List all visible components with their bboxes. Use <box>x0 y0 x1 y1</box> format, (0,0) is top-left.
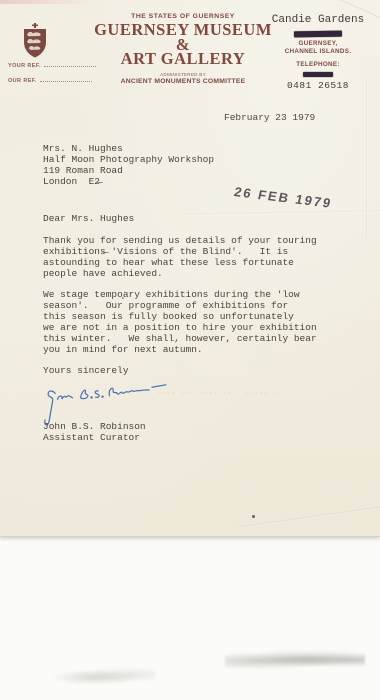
paper-crease <box>239 506 380 529</box>
letter-sheet: YOUR REF. OUR REF. THE STATES OF GUERNSE… <box>0 0 380 537</box>
your-ref-row: YOUR REF. <box>8 61 96 69</box>
received-date-stamp: 26 FEB 1979 <box>233 184 334 211</box>
pencil-smudge <box>55 668 155 684</box>
reverse-side-showthrough: ···· ··· ···· ·· ····· · <box>158 390 308 397</box>
telephone-label: TELEPHONE: <box>262 61 374 69</box>
guernsey-crest-icon <box>20 22 50 62</box>
your-ref-label: YOUR REF. <box>8 63 41 69</box>
salutation: Dear Mrs. Hughes <box>43 213 134 224</box>
ink-speck <box>252 515 255 518</box>
closing-line: Yours sincerely <box>43 365 129 376</box>
location-name: Candie Gardens <box>262 14 374 27</box>
telephone-number: 0481 26518 <box>262 80 374 92</box>
letterhead-address-block: Candie Gardens GUERNSEY, CHANNEL ISLANDS… <box>262 14 374 92</box>
committee-line: ANCIENT MONUMENTS COMMITTEE <box>88 77 278 86</box>
museum-title-line2: ART GALLERY <box>88 52 278 67</box>
body-paragraph-1: Thank you for sending us details of your… <box>43 235 317 279</box>
location-region: GUERNSEY, <box>262 40 374 48</box>
museum-title-line1: GUERNSEY MUSEUM & <box>88 23 278 52</box>
location-islands: CHANNEL ISLANDS. <box>262 48 374 56</box>
our-ref-label: OUR REF. <box>8 78 37 84</box>
scan-artifact <box>0 0 95 4</box>
paper-crease <box>366 80 368 240</box>
our-ref-row: OUR REF. <box>8 76 96 84</box>
pencil-smudge <box>225 650 365 670</box>
recipient-address: Mrs. N. Hughes Half Moon Photography Wor… <box>43 143 214 187</box>
our-ref-blank-line <box>40 76 92 82</box>
letterhead-center: THE STATES OF GUERNSEY GUERNSEY MUSEUM &… <box>88 12 278 86</box>
scanned-letter-page: YOUR REF. OUR REF. THE STATES OF GUERNSE… <box>0 0 380 700</box>
signer-name-and-title: John B.S. Robinson Assistant Curator <box>43 421 146 443</box>
letter-date: February 23 1979 <box>224 112 315 123</box>
reference-fields: YOUR REF. OUR REF. <box>8 61 96 91</box>
body-paragraph-2: We stage tempo̧ary exhibitions during th… <box>43 289 317 355</box>
redaction-bar <box>294 31 342 38</box>
paper-crease <box>180 210 380 215</box>
redaction-bar <box>303 72 333 77</box>
